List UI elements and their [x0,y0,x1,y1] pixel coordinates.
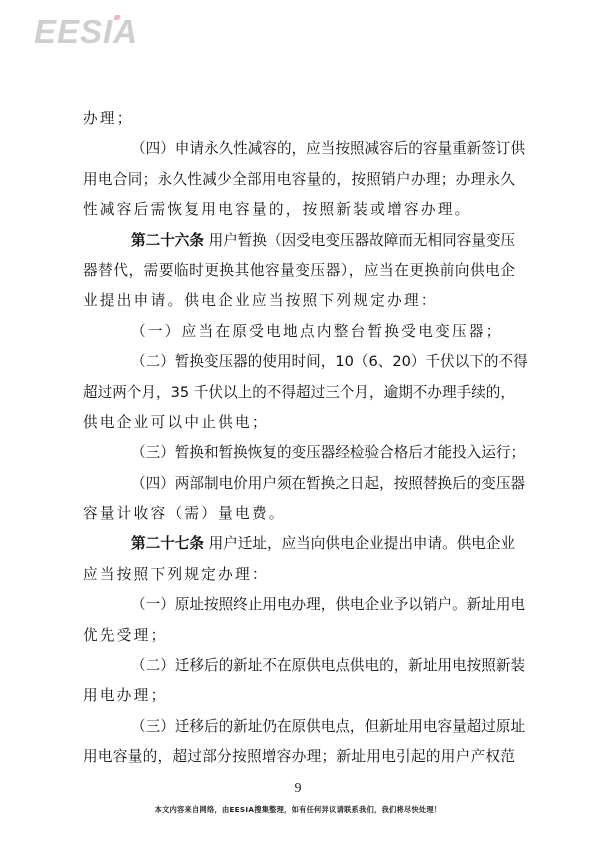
text-line: 第二十七条 用户迁址，应当向供电企业提出申请。供电企业 [83,529,515,559]
article-number: 第二十六条 [131,232,204,249]
line-text: （一）应当在原受电地点内整台暂换受电变压器； [131,323,503,340]
logo-text: EESIA [34,13,138,50]
document-body: 办理；（四）申请永久性减容的，应当按照减容后的容量重新签订供用电合同；永久性减少… [83,104,515,773]
text-line: 器替代，需要临时更换其他容量变压器），应当在更换前向供电企 [83,256,515,286]
text-line: 应当按照下列规定办理： [83,560,515,590]
line-text: （一）原址按照终止用电办理，供电企业予以销户。新址用电 [131,596,525,613]
line-text: 应当按照下列规定办理： [83,566,269,583]
text-line: 优先受理； [83,621,515,651]
line-text: 用户暂换（因受电变压器故障而无相同容量变压 [204,232,515,249]
text-line: 性减容后需恢复用电容量的，按照新装或增容办理。 [83,195,515,225]
text-line: 第二十六条 用户暂换（因受电变压器故障而无相同容量变压 [83,226,515,256]
text-line: （一）原址按照终止用电办理，供电企业予以销户。新址用电 [83,590,515,620]
line-text: 业提出申请。供电企业应当按照下列规定办理： [83,292,438,309]
line-text: 用户迁址，应当向供电企业提出申请。供电企业 [204,535,515,552]
text-line: （二）暂换变压器的使用时间，10（6、20）千伏以下的不得 [83,347,515,377]
text-line: 超过两个月，35 千伏以上的不得超过三个月，逾期不办理手续的， [83,378,515,408]
text-line: 用电合同；永久性减少全部用电容量的，按照销户办理；办理永久 [83,165,515,195]
line-text: （二）暂换变压器的使用时间，10（6、20）千伏以下的不得 [131,353,528,370]
line-text: 器替代，需要临时更换其他容量变压器），应当在更换前向供电企 [83,262,515,279]
line-text: 超过两个月，35 千伏以上的不得超过三个月，逾期不办理手续的， [83,384,515,401]
line-text: 办理； [83,110,134,127]
line-text: （三）暂换和暂换恢复的变压器经检验合格后才能投入运行； [131,444,525,461]
page-number: 9 [0,781,596,797]
text-line: （一）应当在原受电地点内整台暂换受电变压器； [83,317,515,347]
text-line: （二）迁移后的新址不在原供电点供电的，新址用电按照新装 [83,651,515,681]
text-line: （三）迁移后的新址仍在原供电点，但新址用电容量超过原址 [83,712,515,742]
eesia-logo: EESIA [34,13,138,51]
line-text: （四）两部制电价用户须在暂换之日起，按照替换后的变压器 [131,475,525,492]
text-line: 用电办理； [83,681,515,711]
line-text: （三）迁移后的新址仍在原供电点，但新址用电容量超过原址 [131,718,525,735]
line-text: 用电办理； [83,687,167,704]
footer-disclaimer: 本文内容来自网络，由EESIA搜集整理，如有任何异议请联系我们，我们将尽快处理！ [0,805,596,815]
text-line: 办理； [83,104,515,134]
text-line: 供电企业可以中止供电； [83,408,515,438]
line-text: 用电合同；永久性减少全部用电容量的，按照销户办理；办理永久 [83,171,515,188]
line-text: （四）申请永久性减容的，应当按照减容后的容量重新签订供 [131,140,525,157]
text-line: 用电容量的，超过部分按照增容办理；新址用电引起的用户产权范 [83,742,515,772]
line-text: 优先受理； [83,627,167,644]
line-text: （二）迁移后的新址不在原供电点供电的，新址用电按照新装 [131,657,525,674]
text-line: 业提出申请。供电企业应当按照下列规定办理： [83,286,515,316]
line-text: 供电企业可以中止供电； [83,414,269,431]
line-text: 用电容量的，超过部分按照增容办理；新址用电引起的用户产权范 [83,748,515,765]
line-text: 性减容后需恢复用电容量的，按照新装或增容办理。 [83,201,472,218]
text-line: （四）两部制电价用户须在暂换之日起，按照替换后的变压器 [83,469,515,499]
text-line: （四）申请永久性减容的，应当按照减容后的容量重新签订供 [83,134,515,164]
text-line: （三）暂换和暂换恢复的变压器经检验合格后才能投入运行； [83,438,515,468]
text-line: 容量计收容（需）量电费。 [83,499,515,529]
article-number: 第二十七条 [131,535,204,552]
line-text: 容量计收容（需）量电费。 [83,505,286,522]
